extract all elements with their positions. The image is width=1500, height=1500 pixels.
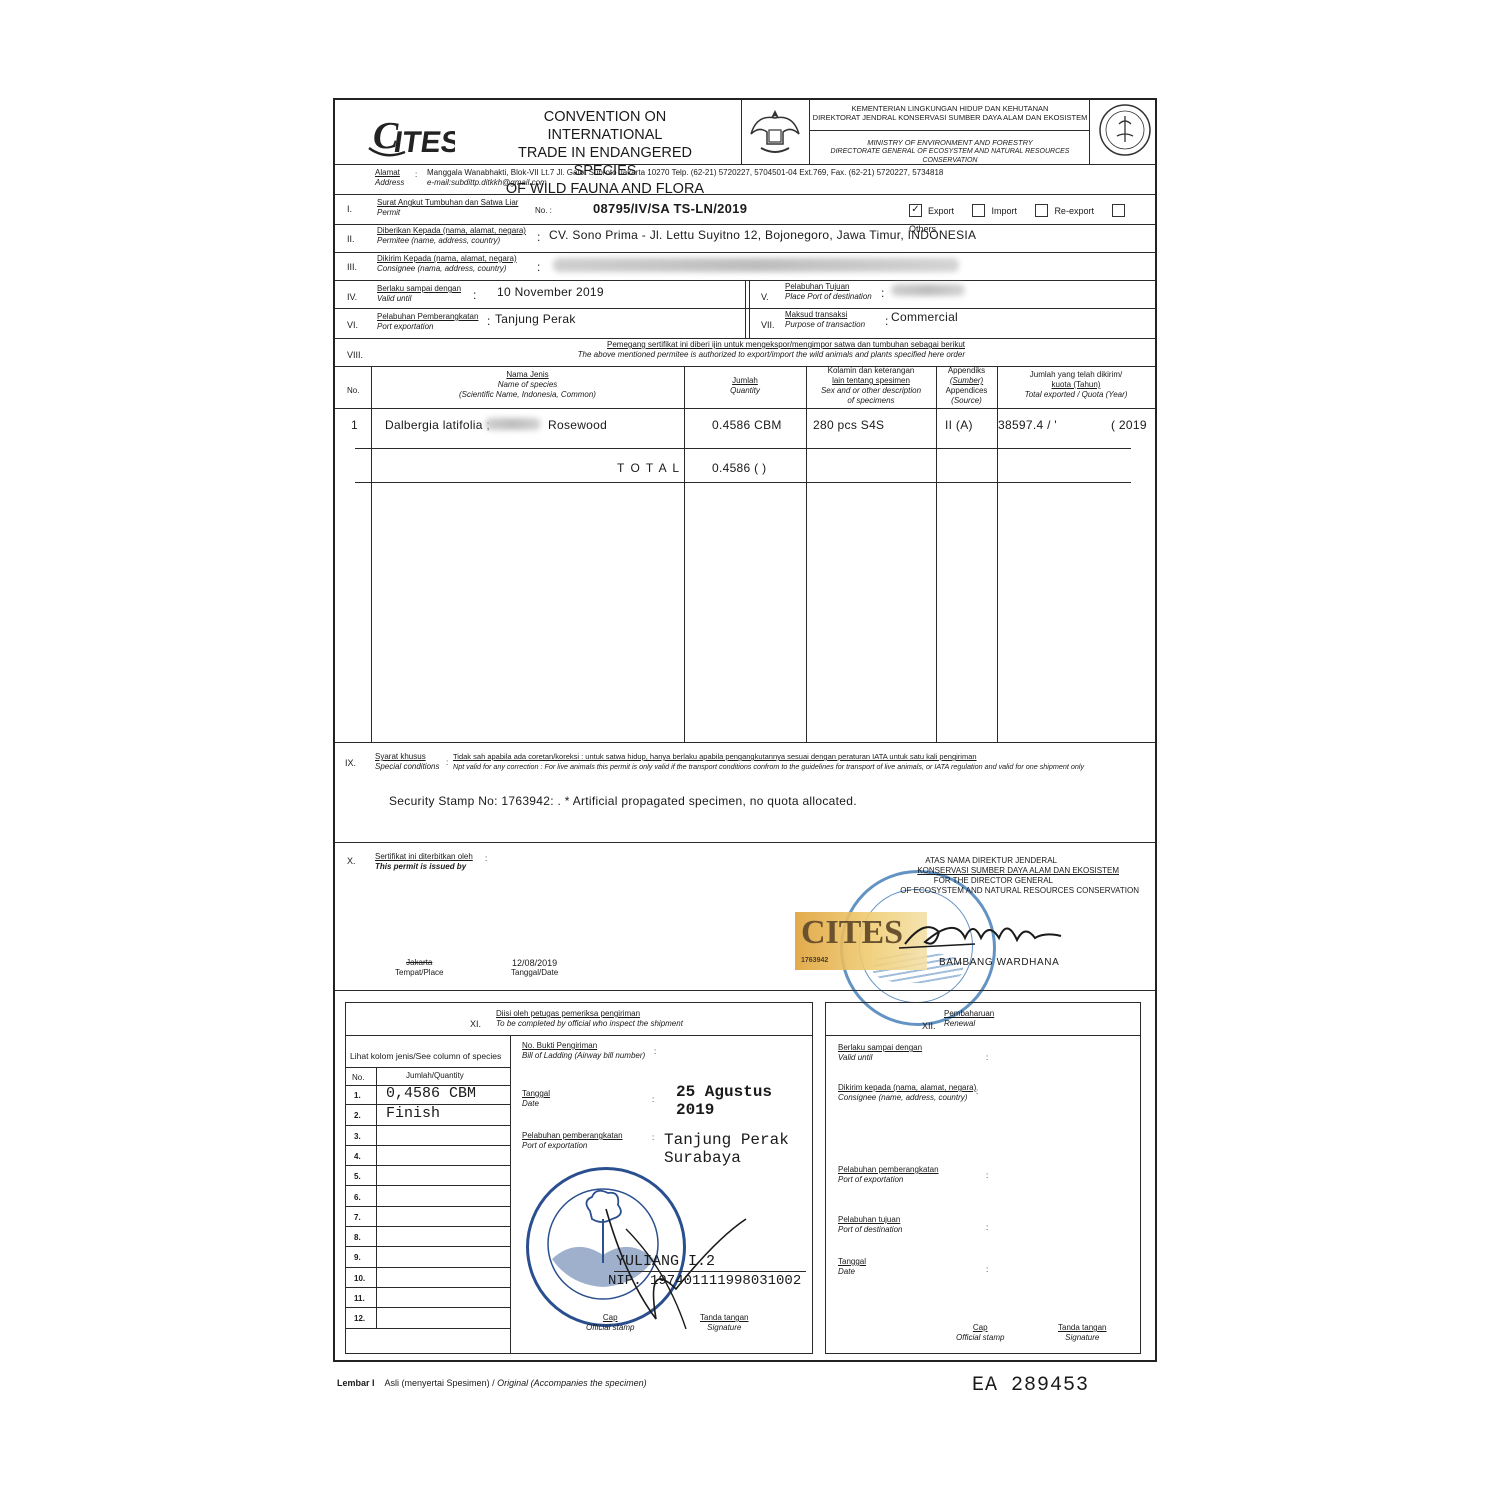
purpose-label: Maksud transaksi Purpose of transaction [785,310,865,330]
appendix-header: Appendiks (Sumber) Appendices (Source) [936,366,997,406]
port-export-label: Pelabuhan Pemberangkatan Port exportatio… [377,312,478,332]
consignee-redacted [553,258,959,272]
renewal-port-export-label: Pelabuhan pemberangkatan Port of exporta… [838,1165,939,1185]
list-item: 4. [346,1146,510,1166]
quantity-header: Jumlah Quantity [684,376,806,396]
inspection-port-value: Tanjung Perak Surabaya [664,1131,789,1167]
serial-number: EA 289453 [972,1374,1089,1397]
inspection-stamp-label: Cap Official stamp [586,1313,634,1333]
inspection-section: XI. Diisi oleh petugas pemeriksa pengiri… [345,1002,813,1354]
list-item: 3. [346,1126,510,1146]
list-item: 12. [346,1308,510,1328]
ministry-en: MINISTRY OF ENVIRONMENT AND FORESTRY DIR… [811,138,1089,165]
table-row: 1 Dalbergia latifolia ; Rosewood 0.4586 … [335,416,1155,440]
local-name-redacted [485,418,541,430]
list-item: 1.0,4586 CBM [346,1085,510,1105]
inspection-signature-label: Tanda tangan Signature [700,1313,749,1333]
renewal-valid-label: Berlaku sampai dengan Valid until [838,1043,922,1063]
address-label: Alamat Address [375,168,404,188]
description-header: Kolamin dan keterangan lain tentang spes… [806,366,936,406]
renewal-consignee-label: Dikirim kepada (nama, alamat, negara) Co… [838,1083,976,1103]
renewal-date-label: Tanggal Date [838,1257,866,1277]
renewal-title: Pembaharuan Renewal [944,1009,994,1029]
inspection-date-value: 25 Agustus 2019 [676,1083,812,1119]
port-export-value: Tanjung Perak [495,312,576,326]
issue-date: 12/08/2019 Tanggal/Date [511,958,558,978]
quota-header: Jumlah yang telah dikirim/ kuota (Tahun)… [997,370,1155,400]
security-stamp-note: Security Stamp No: 1763942: . * Artifici… [389,794,857,808]
export-checkbox[interactable]: ✓ [909,204,922,217]
list-item: 6. [346,1187,510,1207]
svg-text:ITES: ITES [392,126,455,159]
valid-until-value: 10 November 2019 [497,285,604,299]
officer-name: YULIANG I.2 [616,1253,715,1270]
authorization-text: Pemegang sertifikat ini diberi ijin untu… [535,340,965,360]
ministry-id: KEMENTERIAN LINGKUNGAN HIDUP DAN KEHUTAN… [811,104,1089,122]
list-item: 9. [346,1247,510,1267]
permit-number: 08795/IV/SA TS-LN/2019 [593,201,747,216]
signatory-name: BAMBANG WARDHANA [939,958,1059,968]
special-conditions-label: Syarat khusus Special conditions [375,752,439,772]
destination-redacted [891,284,965,296]
list-item: 7. [346,1207,510,1227]
renewal-signature-label: Tanda tangan Signature [1058,1323,1107,1343]
permittee-value: CV. Sono Prima - Jl. Lettu Suyitno 12, B… [549,228,976,242]
issued-by-label: Sertifikat ini diterbitkan oleh This per… [375,852,473,872]
garuda-emblem-icon [745,104,805,160]
address-text: Manggala Wanabhakti, Blok-VII Lt.7 Jl. G… [427,168,1147,188]
issue-place: Jakarta Tempat/Place [395,958,443,978]
list-item: 8. [346,1227,510,1247]
re-export-checkbox[interactable] [1035,204,1048,217]
species-name-header: Nama Jenis Name of species (Scientific N… [371,370,684,400]
list-item: 11. [346,1288,510,1308]
total-value: 0.4586 ( ) [712,461,766,475]
cites-permit-document: C ITES CONVENTION ON INTERNATIONAL TRADE… [333,98,1157,1362]
renewal-section: XII. Pembaharuan Renewal Berlaku sampai … [825,1002,1141,1354]
director-block: ATAS NAMA DIREKTUR JENDERAL KONSERVASI S… [845,856,1153,896]
valid-until-label: Berlaku sampai dengan Valid until [377,284,461,304]
inspection-title: Diisi oleh petugas pemeriksa pengiriman … [496,1009,683,1029]
permittee-label: Diberikan Kepada (nama, alamat, negara) … [377,226,526,246]
list-item: 5. [346,1166,510,1186]
import-checkbox[interactable] [972,204,985,217]
purpose-value: Commercial [891,310,958,324]
ministry-seal-icon [1097,102,1153,158]
list-item: 10. [346,1268,510,1288]
director-signature-icon [895,908,1075,958]
renewal-port-dest-label: Pelabuhan tujuan Port of destination [838,1215,902,1235]
inspection-date-label: Tanggal Date [522,1089,550,1109]
sheet-note: Lembar I Asli (menyertai Spesimen) / Ori… [337,1378,647,1388]
special-conditions-text: Tidak sah apabila ada coretan/koreksi : … [453,752,1153,772]
consignee-label: Dikirim Kepada (nama, alamat, negara) Co… [377,254,517,274]
others-checkbox[interactable] [1112,204,1125,217]
total-label: T O T A L [617,461,681,475]
inspection-port-label: Pelabuhan pemberangkatan Port of exporta… [522,1131,623,1151]
officer-nip: NIP. 197401111998031002 [608,1273,801,1289]
permit-label: Surat Angkut Tumbuhan dan Satwa Liar Per… [377,198,518,218]
bill-of-lading-label: No. Bukti Pengiriman Bill of Ladding (Ai… [522,1041,645,1061]
list-item: 2.Finish [346,1105,510,1125]
destination-label: Pelabuhan Tujuan Place Port of destinati… [785,282,872,302]
renewal-stamp-label: Cap Official stamp [956,1323,1004,1343]
cites-logo: C ITES [365,108,455,163]
